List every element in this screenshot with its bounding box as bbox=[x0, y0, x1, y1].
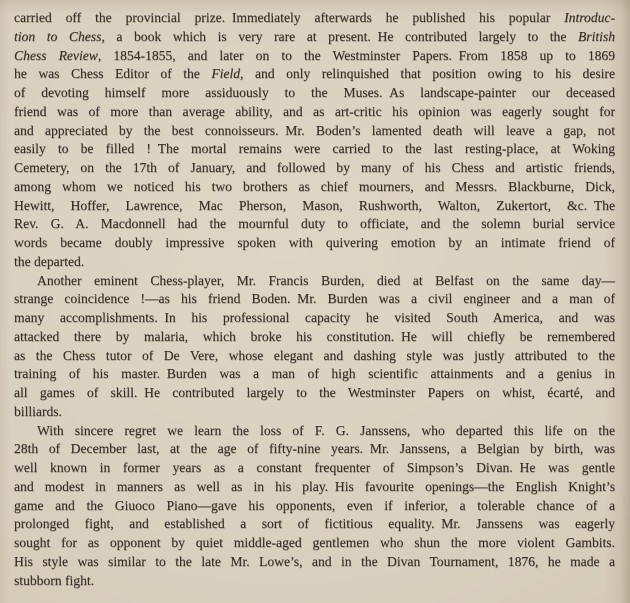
text-line: easily to be filled ! The mortal remains… bbox=[14, 140, 615, 159]
scanned-page: carried off the provincial prize. Immedi… bbox=[0, 0, 630, 603]
text-line: of devoting himself more assiduously to … bbox=[14, 84, 615, 103]
text-run: billiards. bbox=[14, 404, 62, 419]
text-run: easily to be filled ! The mortal remains… bbox=[14, 141, 615, 156]
text-run: of devoting himself more assiduously to … bbox=[14, 85, 615, 100]
italic-text-run: Introduc- bbox=[564, 10, 615, 25]
text-run: game and the Giuoco Piano—gave his oppon… bbox=[14, 498, 615, 513]
text-line: carried off the provincial prize. Immedi… bbox=[14, 9, 615, 28]
text-line: well known in former years as a constant… bbox=[14, 459, 615, 478]
text-line: stubborn fight. bbox=[14, 572, 615, 591]
text-run: Another eminent Chess-player, Mr. Franci… bbox=[37, 273, 615, 288]
page-text: carried off the provincial prize. Immedi… bbox=[14, 9, 615, 590]
text-line: strange coincidence !—as his friend Bode… bbox=[14, 290, 615, 309]
text-line: Cemetery, on the 17th of January, and fo… bbox=[14, 159, 615, 178]
text-run: , and only relinquished that position ow… bbox=[240, 66, 615, 81]
text-run: carried off the provincial prize. Immedi… bbox=[14, 10, 564, 25]
text-run: and appreciated by the best connoisseurs… bbox=[14, 123, 615, 138]
text-run: among whom we noticed his two brothers a… bbox=[14, 179, 615, 194]
text-run: Hewitt, Hoffer, Lawrence, Mac Pherson, M… bbox=[14, 198, 615, 213]
text-run: 28th of December last, at the age of fif… bbox=[14, 441, 615, 456]
text-line: Hewitt, Hoffer, Lawrence, Mac Pherson, M… bbox=[14, 197, 615, 216]
text-line: training of his master. Burden was a man… bbox=[14, 365, 615, 384]
text-run: Rev. G. A. Macdonnell had the mournful d… bbox=[14, 216, 615, 231]
text-run: friend was of more than average ability,… bbox=[14, 104, 615, 119]
text-run: the departed. bbox=[14, 254, 84, 269]
text-line: His style was similar to the late Mr. Lo… bbox=[14, 553, 615, 572]
text-line: words became doubly impressive spoken wi… bbox=[14, 234, 615, 253]
text-run: many accomplishments. In his professiona… bbox=[14, 310, 615, 325]
italic-text-run: Chess Review bbox=[14, 48, 98, 63]
text-run: Cemetery, on the 17th of January, and fo… bbox=[14, 160, 615, 175]
text-line: tion to Chess, a book which is very rare… bbox=[14, 28, 615, 47]
text-line: and appreciated by the best connoisseurs… bbox=[14, 122, 615, 141]
text-run: as the Chess tutor of De Vere, whose ele… bbox=[14, 348, 615, 363]
text-run: words became doubly impressive spoken wi… bbox=[14, 235, 615, 250]
text-line: game and the Giuoco Piano—gave his oppon… bbox=[14, 497, 615, 516]
text-line: many accomplishments. In his professiona… bbox=[14, 309, 615, 328]
text-run: attacked there by malaria, which broke h… bbox=[14, 329, 615, 344]
text-line: as the Chess tutor of De Vere, whose ele… bbox=[14, 347, 615, 366]
text-line: friend was of more than average ability,… bbox=[14, 103, 615, 122]
text-line: Another eminent Chess-player, Mr. Franci… bbox=[14, 272, 615, 291]
text-run: well known in former years as a constant… bbox=[14, 460, 615, 475]
text-line: among whom we noticed his two brothers a… bbox=[14, 178, 615, 197]
text-run: stubborn fight. bbox=[14, 573, 94, 588]
text-run: , 1854-1855, and later on to the Westmin… bbox=[98, 48, 615, 63]
text-line: he was Chess Editor of the Field, and on… bbox=[14, 65, 615, 84]
text-line: Rev. G. A. Macdonnell had the mournful d… bbox=[14, 215, 615, 234]
text-run: With sincere regret we learn the loss of… bbox=[37, 423, 615, 438]
text-line: prolonged fight, and established a sort … bbox=[14, 515, 615, 534]
text-run: strange coincidence !—as his friend Bode… bbox=[14, 291, 615, 306]
text-line: sought for as opponent by quiet middle-a… bbox=[14, 534, 615, 553]
text-line: attacked there by malaria, which broke h… bbox=[14, 328, 615, 347]
text-run: prolonged fight, and established a sort … bbox=[14, 516, 615, 531]
paragraph-2: Another eminent Chess-player, Mr. Franci… bbox=[14, 272, 615, 422]
italic-text-run: tion to Chess bbox=[14, 29, 101, 44]
text-line: all games of skill. He contributed large… bbox=[14, 384, 615, 403]
text-line: billiards. bbox=[14, 403, 615, 422]
text-line: the departed. bbox=[14, 253, 615, 272]
text-line: Chess Review, 1854-1855, and later on to… bbox=[14, 47, 615, 66]
paragraph-3: With sincere regret we learn the loss of… bbox=[14, 422, 615, 591]
text-run: and modest in manners as well as in his … bbox=[14, 479, 615, 494]
text-run: training of his master. Burden was a man… bbox=[14, 366, 615, 381]
text-run: all games of skill. He contributed large… bbox=[14, 385, 615, 400]
text-run: sought for as opponent by quiet middle-a… bbox=[14, 535, 615, 550]
italic-text-run: Field bbox=[211, 66, 240, 81]
italic-text-run: British bbox=[578, 29, 615, 44]
paragraph-1: carried off the provincial prize. Immedi… bbox=[14, 9, 615, 272]
text-line: With sincere regret we learn the loss of… bbox=[14, 422, 615, 441]
text-run: His style was similar to the late Mr. Lo… bbox=[14, 554, 615, 569]
text-run: he was Chess Editor of the bbox=[14, 66, 211, 81]
text-line: and modest in manners as well as in his … bbox=[14, 478, 615, 497]
text-line: 28th of December last, at the age of fif… bbox=[14, 440, 615, 459]
text-run: , a book which is very rare at present. … bbox=[101, 29, 578, 44]
